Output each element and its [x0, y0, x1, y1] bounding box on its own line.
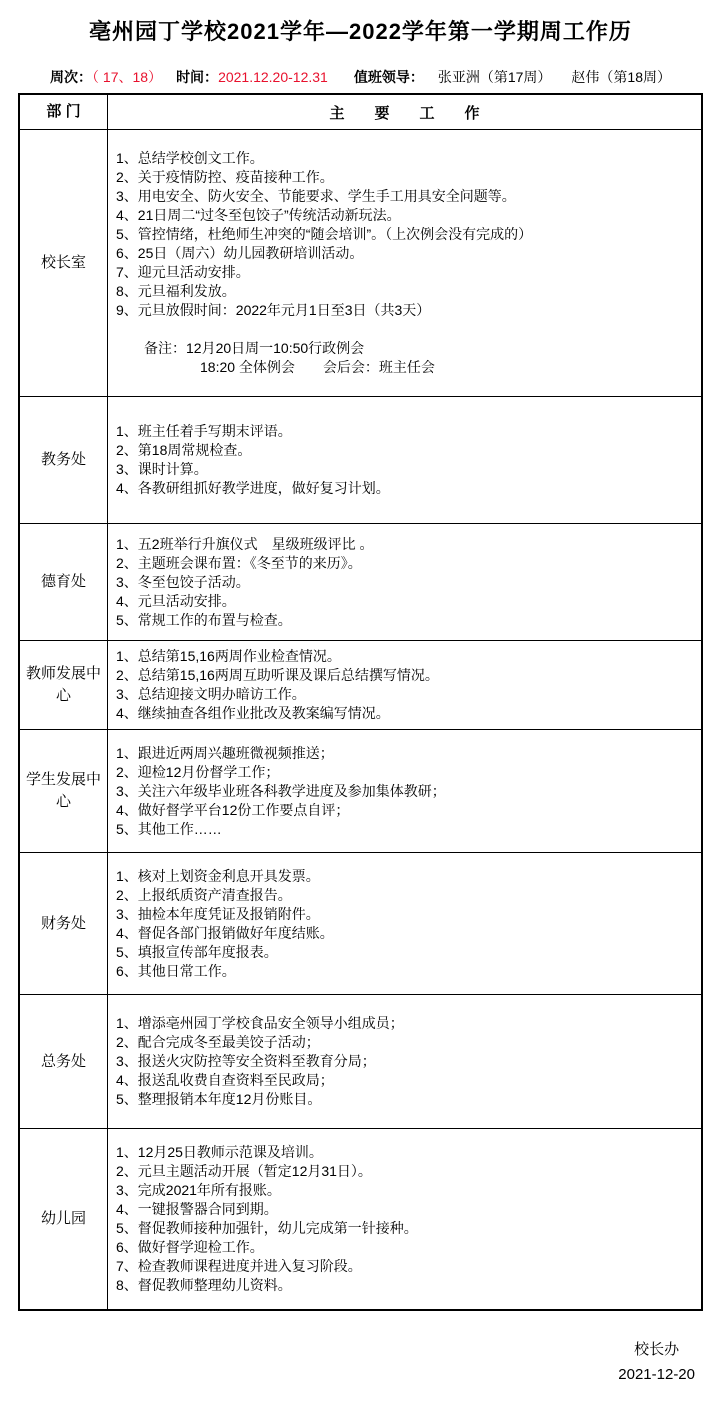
work-cell: 1、跟进近两周兴趣班微视频推送； 2、迎检12月份督学工作； 3、关注六年级毕业… [108, 730, 701, 852]
time-label: 时间： [176, 69, 218, 85]
footer-signature: 校长办 [618, 1337, 695, 1362]
work-cell: 1、五2班举行升旗仪式 星级班级评比 。 2、主题班会课布置：《冬至节的来历》。… [108, 524, 701, 640]
table-row-kindergarten: 幼儿园 1、12月25日教师示范课及培训。 2、元旦主题活动开展（暂定12月31… [20, 1128, 701, 1309]
duty-person-week18: 赵伟（第18周） [571, 69, 671, 85]
department-name: 总务处 [20, 995, 108, 1128]
table-row-principal-office: 校长室 1、总结学校创文工作。 2、关于疫情防控、疫苗接种工作。 3、用电安全、… [20, 129, 701, 396]
table-row-student-development: 学生发展中心 1、跟进近两周兴趣班微视频推送； 2、迎检12月份督学工作； 3、… [20, 729, 701, 852]
department-name: 德育处 [20, 524, 108, 640]
department-name: 幼儿园 [20, 1129, 108, 1309]
document-page: 亳州园丁学校2021学年—2022学年第一学期周工作历 周次：（ 17、18）时… [0, 0, 721, 1416]
table-row-general-affairs: 总务处 1、增添亳州园丁学校食品安全领导小组成员； 2、配合完成冬至最美饺子活动… [20, 994, 701, 1128]
work-cell: 1、总结第15,16两周作业检查情况。 2、总结第15,16两周互助听课及课后总… [108, 641, 701, 729]
work-items: 1、12月25日教师示范课及培训。 2、元旦主题活动开展（暂定12月31日）。 … [116, 1143, 418, 1295]
footer-date: 2021-12-20 [618, 1362, 695, 1387]
department-name: 学生发展中心 [20, 730, 108, 852]
duty-leader-label: 值班领导： [354, 69, 424, 85]
work-items: 1、核对上划资金利息开具发票。 2、上报纸质资产清查报告。 3、抽检本年度凭证及… [116, 867, 334, 981]
header-main-work: 主 要 工 作 [108, 95, 701, 129]
work-items: 1、增添亳州园丁学校食品安全领导小组成员； 2、配合完成冬至最美饺子活动； 3、… [116, 1014, 404, 1109]
table-row-teacher-development: 教师发展中心 1、总结第15,16两周作业检查情况。 2、总结第15,16两周互… [20, 640, 701, 729]
table-row-academic-affairs: 教务处 1、班主任着手写期末评语。 2、第18周常规检查。 3、课时计算。 4、… [20, 396, 701, 523]
week-label: 周次： [50, 69, 92, 85]
subtitle-line: 周次：（ 17、18）时间：2021.12.20-12.31值班领导：张亚洲（第… [0, 67, 721, 87]
header-department: 部 门 [20, 95, 108, 129]
work-cell: 1、增添亳州园丁学校食品安全领导小组成员； 2、配合完成冬至最美饺子活动； 3、… [108, 995, 701, 1128]
table-row-finance-office: 财务处 1、核对上划资金利息开具发票。 2、上报纸质资产清查报告。 3、抽检本年… [20, 852, 701, 994]
weekly-work-table: 部 门 主 要 工 作 校长室 1、总结学校创文工作。 2、关于疫情防控、疫苗接… [18, 93, 703, 1311]
time-value: 2021.12.20-12.31 [218, 69, 328, 85]
work-items: 1、总结学校创文工作。 2、关于疫情防控、疫苗接种工作。 3、用电安全、防火安全… [116, 149, 532, 377]
work-cell: 1、12月25日教师示范课及培训。 2、元旦主题活动开展（暂定12月31日）。 … [108, 1129, 701, 1309]
department-name: 财务处 [20, 853, 108, 994]
footer-signature-block: 校长办 2021-12-20 [618, 1337, 695, 1387]
work-items: 1、跟进近两周兴趣班微视频推送； 2、迎检12月份督学工作； 3、关注六年级毕业… [116, 744, 446, 839]
department-name: 校长室 [20, 130, 108, 396]
work-cell: 1、核对上划资金利息开具发票。 2、上报纸质资产清查报告。 3、抽检本年度凭证及… [108, 853, 701, 994]
work-items: 1、班主任着手写期末评语。 2、第18周常规检查。 3、课时计算。 4、各教研组… [116, 422, 390, 498]
work-items: 1、总结第15,16两周作业检查情况。 2、总结第15,16两周互助听课及课后总… [116, 647, 439, 723]
week-value: （ 17、18） [92, 69, 162, 85]
work-cell: 1、班主任着手写期末评语。 2、第18周常规检查。 3、课时计算。 4、各教研组… [108, 397, 701, 523]
work-cell: 1、总结学校创文工作。 2、关于疫情防控、疫苗接种工作。 3、用电安全、防火安全… [108, 130, 701, 396]
work-items: 1、五2班举行升旗仪式 星级班级评比 。 2、主题班会课布置：《冬至节的来历》。… [116, 535, 373, 630]
page-title: 亳州园丁学校2021学年—2022学年第一学期周工作历 [0, 15, 721, 46]
department-name: 教师发展中心 [20, 641, 108, 729]
table-header-row: 部 门 主 要 工 作 [20, 95, 701, 129]
department-name: 教务处 [20, 397, 108, 523]
duty-person-week17: 张亚洲（第17周） [438, 69, 552, 85]
table-row-moral-education: 德育处 1、五2班举行升旗仪式 星级班级评比 。 2、主题班会课布置：《冬至节的… [20, 523, 701, 640]
